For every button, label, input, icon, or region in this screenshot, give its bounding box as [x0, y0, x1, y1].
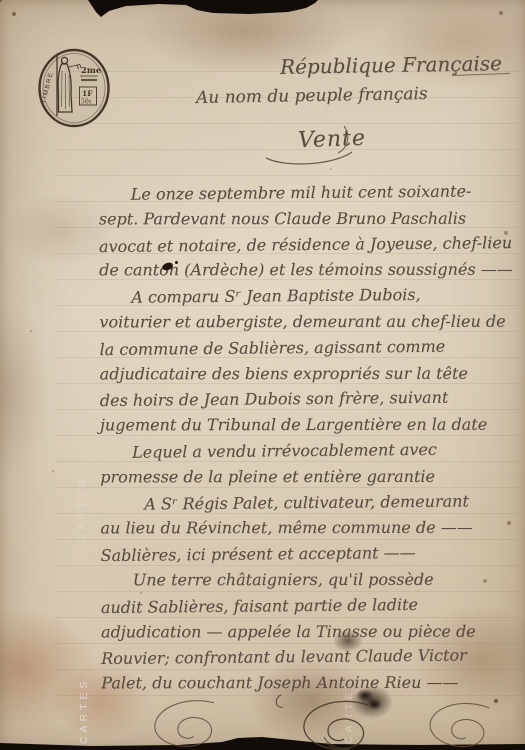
manuscript-line: A comparu Sʳ Jean Baptiste Dubois, — [99, 281, 519, 311]
manuscript-line: Lequel a vendu irrévocablement avec — [100, 436, 520, 466]
scanned-document-page: 2me 1F 50c TIMBRE CARTES CARTES CARTES R… — [0, 0, 525, 750]
torn-edge-top — [0, 0, 525, 20]
manuscript-line: Sablières, ici présent et acceptant —— — [100, 539, 520, 569]
manuscript-body: Le onze septembre mil huit cent soixante… — [99, 179, 522, 697]
manuscript-line: au lieu du Révinchet, même commune de —— — [100, 515, 520, 542]
manuscript-line: Palet, du couchant Joseph Antoine Rieu —… — [101, 670, 521, 697]
stamp-cents-text: 50c — [81, 99, 93, 106]
title-underline-flourish — [252, 118, 368, 170]
paper-specks — [0, 0, 2, 2]
flourish-spiral-icon — [421, 699, 502, 750]
manuscript-line: promesse de la pleine et entière garanti… — [100, 463, 520, 490]
revenue-stamp-icon: 2me 1F 50c TIMBRE — [36, 47, 112, 129]
watermark-text: CARTES — [76, 392, 88, 542]
watermark-text: CARTES — [78, 556, 90, 744]
manuscript-line: Rouvier; confrontant du levant Claude Vi… — [101, 642, 521, 672]
manuscript-line: la commune de Sablières, agissant comme — [99, 333, 519, 363]
manuscript-line: adjudicataire des biens expropriés sur l… — [100, 360, 520, 387]
manuscript-line: sept. Pardevant nous Claude Bruno Pascha… — [99, 205, 519, 232]
manuscript-line: Le onze septembre mil huit cent soixante… — [99, 178, 519, 208]
stamp-class-text: 2me — [81, 66, 102, 76]
flourish-spiral-icon — [296, 699, 380, 750]
stamp-franc-text: 1F — [82, 89, 93, 98]
manuscript-line: de canton (Ardèche) et les témoins souss… — [99, 257, 519, 284]
manuscript-line: jugement du Tribunal de Largentière en l… — [100, 412, 520, 439]
manuscript-line: avocat et notaire, de résidence à Joyeus… — [99, 230, 519, 260]
manuscript-line: Une terre châtaigniers, qu'il possède — [101, 567, 521, 594]
manuscript-line: A Sʳ Régis Palet, cultivateur, demeurant — [100, 488, 520, 518]
manuscript-line: des hoirs de Jean Dubois son frère, suiv… — [100, 384, 520, 414]
ink-blot — [175, 261, 178, 264]
manuscript-line: adjudication — appelée la Tinasse ou piè… — [101, 618, 521, 645]
manuscript-line: audit Sablières, faisant partie de ladit… — [101, 591, 521, 621]
flourish-spiral-icon — [146, 696, 227, 750]
ink-blot — [368, 699, 382, 710]
manuscript-line: voiturier et aubergiste, demeurant au ch… — [99, 309, 519, 336]
header-subtitle: Au nom du peuple français — [196, 84, 428, 108]
